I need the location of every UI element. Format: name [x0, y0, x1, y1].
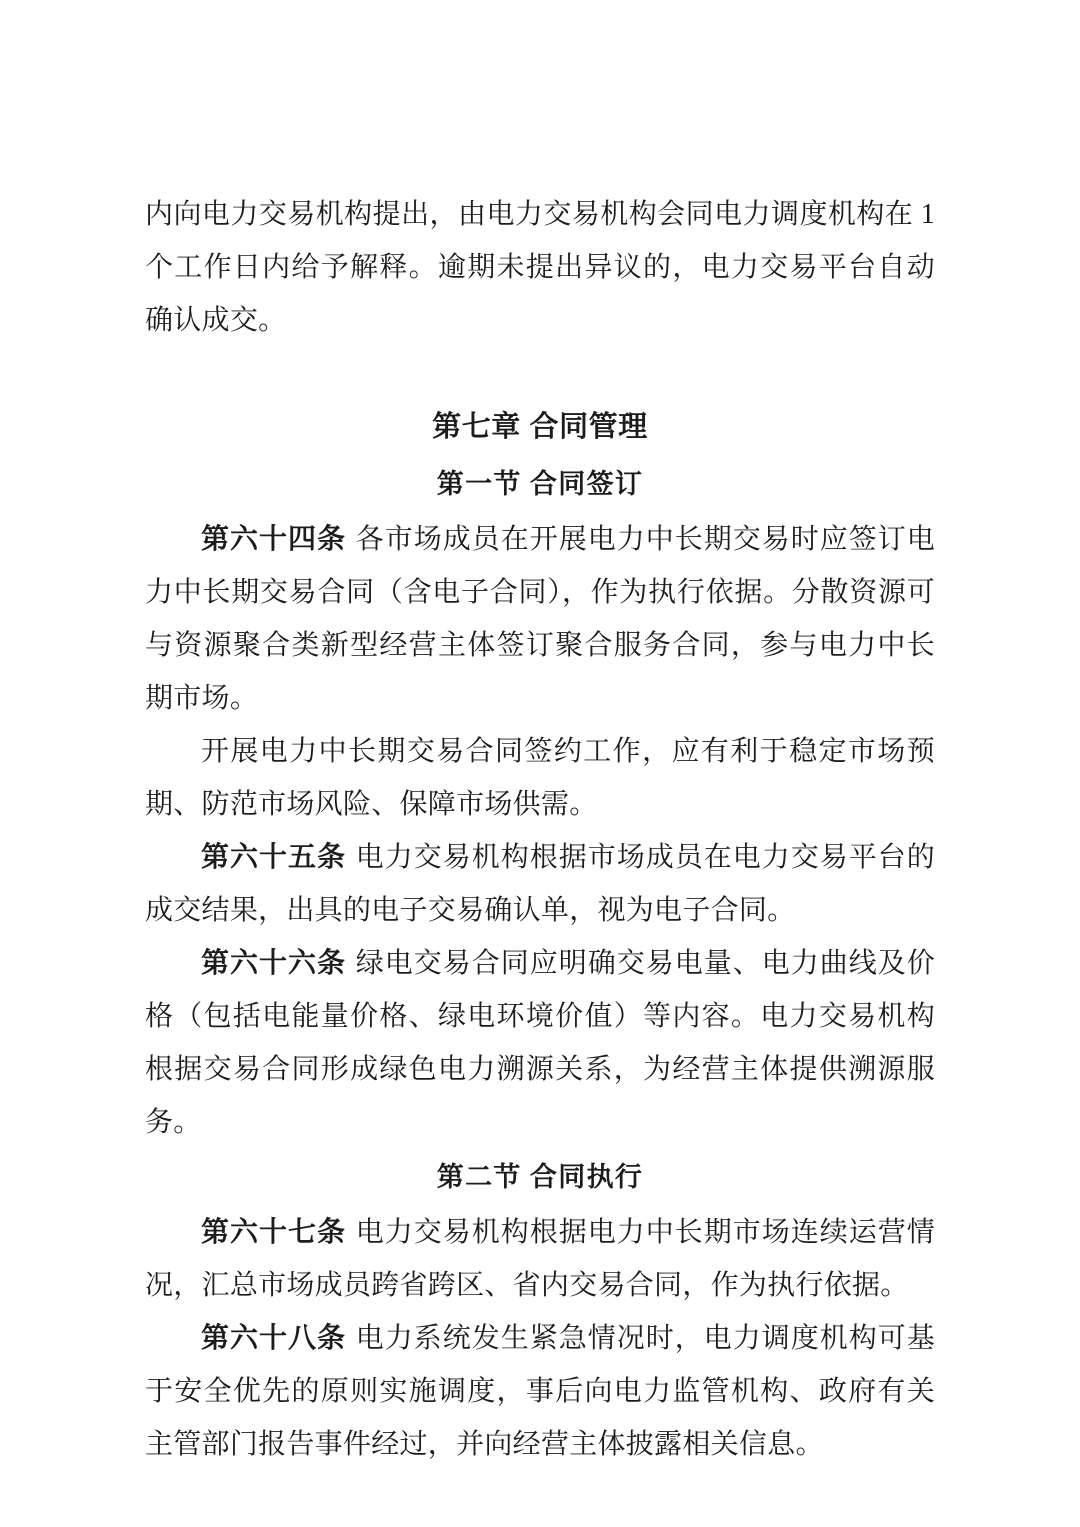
article-65-paragraph: 第六十五条电力交易机构根据市场成员在电力交易平台的成交结果，出具的电子交易确认单… [145, 831, 935, 937]
section-1-heading: 第一节 合同签订 [145, 456, 935, 513]
contract-signing-principle-text: 开展电力中长期交易合同签约工作，应有利于稳定市场预期、防范市场风险、保障市场供需… [145, 736, 935, 820]
document-page: 内向电力交易机构提出，由电力交易机构会同电力调度机构在 1 个工作日内给予解释。… [0, 0, 1080, 1527]
article-67-number: 第六十七条 [201, 1217, 346, 1248]
section-2-heading: 第二节 合同执行 [145, 1149, 935, 1206]
article-66-paragraph: 第六十六条绿电交易合同应明确交易电量、电力曲线及价格（包括电能量价格、绿电环境价… [145, 937, 935, 1149]
chapter-heading: 第七章 合同管理 [145, 399, 935, 456]
article-65-number: 第六十五条 [201, 842, 346, 873]
article-64-number: 第六十四条 [201, 524, 346, 555]
contract-signing-principle-paragraph: 开展电力中长期交易合同签约工作，应有利于稳定市场预期、防范市场风险、保障市场供需… [145, 725, 935, 831]
article-68-paragraph: 第六十八条电力系统发生紧急情况时，电力调度机构可基于安全优先的原则实施调度，事后… [145, 1312, 935, 1471]
article-64-paragraph: 第六十四条各市场成员在开展电力中长期交易时应签订电力中长期交易合同（含电子合同）… [145, 513, 935, 725]
article-66-number: 第六十六条 [201, 948, 346, 979]
article-68-number: 第六十八条 [201, 1323, 346, 1354]
intro-continuation-paragraph: 内向电力交易机构提出，由电力交易机构会同电力调度机构在 1 个工作日内给予解释。… [145, 188, 935, 347]
article-67-paragraph: 第六十七条电力交易机构根据电力中长期市场连续运营情况，汇总市场成员跨省跨区、省内… [145, 1206, 935, 1312]
